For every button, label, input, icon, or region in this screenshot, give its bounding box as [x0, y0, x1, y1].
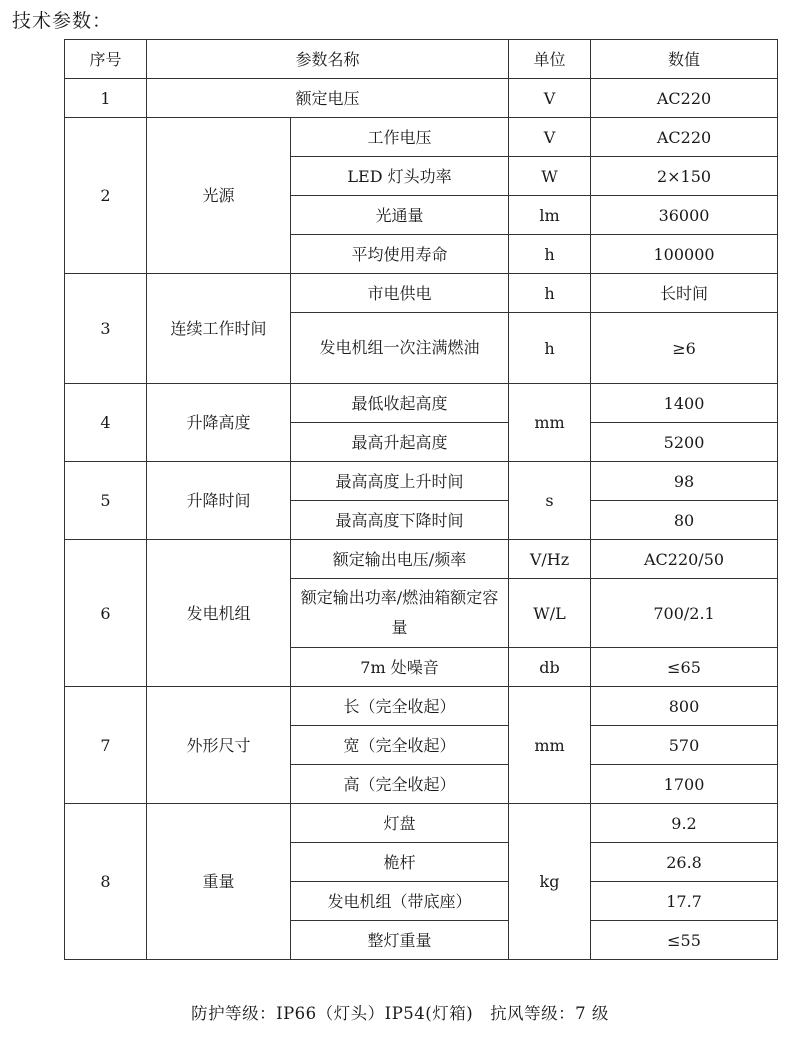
sub-param: LED 灯头功率: [291, 157, 509, 196]
unit-cell: h: [509, 313, 591, 384]
row-no: 8: [65, 804, 147, 960]
unit-cell: W/L: [509, 579, 591, 648]
value-cell: 100000: [591, 235, 778, 274]
row-no: 3: [65, 274, 147, 384]
sub-param: 额定输出电压/频率: [291, 540, 509, 579]
value-cell: ≥6: [591, 313, 778, 384]
value-cell: AC220: [591, 118, 778, 157]
table-row: 8 重量 灯盘 kg 9.2: [65, 804, 778, 843]
table-header-row: 序号 参数名称 单位 数值: [65, 40, 778, 79]
unit-cell: V: [509, 79, 591, 118]
unit-cell: h: [509, 274, 591, 313]
value-cell: ≤65: [591, 648, 778, 687]
table-row: 4 升降高度 最低收起高度 mm 1400: [65, 384, 778, 423]
param-name: 连续工作时间: [147, 274, 291, 384]
sub-param: 宽（完全收起）: [291, 726, 509, 765]
sub-param: 最高升起高度: [291, 423, 509, 462]
row-no: 7: [65, 687, 147, 804]
unit-cell: mm: [509, 687, 591, 804]
sub-param: 灯盘: [291, 804, 509, 843]
unit-cell: s: [509, 462, 591, 540]
sub-param: 光通量: [291, 196, 509, 235]
value-cell: 长时间: [591, 274, 778, 313]
param-name: 升降时间: [147, 462, 291, 540]
unit-cell: lm: [509, 196, 591, 235]
section-title: 技术参数：: [12, 6, 112, 33]
value-cell: 5200: [591, 423, 778, 462]
unit-cell: W: [509, 157, 591, 196]
value-cell: 2×150: [591, 157, 778, 196]
value-cell: AC220: [591, 79, 778, 118]
table-row: 5 升降时间 最高高度上升时间 s 98: [65, 462, 778, 501]
sub-param: 平均使用寿命: [291, 235, 509, 274]
protection-rating-note: 防护等级：IP66（灯头）IP54(灯箱) 抗风等级：7 级: [0, 1000, 800, 1024]
sub-param: 发电机组（带底座）: [291, 882, 509, 921]
sub-param: 最低收起高度: [291, 384, 509, 423]
unit-cell: V: [509, 118, 591, 157]
value-cell: 570: [591, 726, 778, 765]
sub-param: 工作电压: [291, 118, 509, 157]
value-cell: 1700: [591, 765, 778, 804]
value-cell: 9.2: [591, 804, 778, 843]
param-name: 光源: [147, 118, 291, 274]
value-cell: 98: [591, 462, 778, 501]
value-cell: 26.8: [591, 843, 778, 882]
value-cell: AC220/50: [591, 540, 778, 579]
row-no: 1: [65, 79, 147, 118]
spec-table: 序号 参数名称 单位 数值 1 额定电压 V AC220 2 光源 工作电压 V…: [64, 39, 778, 960]
sub-param: 额定输出功率/燃油箱额定容量: [291, 579, 509, 648]
sub-param: 高（完全收起）: [291, 765, 509, 804]
unit-cell: h: [509, 235, 591, 274]
value-cell: 800: [591, 687, 778, 726]
table-row: 3 连续工作时间 市电供电 h 长时间: [65, 274, 778, 313]
row-no: 5: [65, 462, 147, 540]
sub-param: 发电机组一次注满燃油: [291, 313, 509, 384]
table-row: 2 光源 工作电压 V AC220: [65, 118, 778, 157]
value-cell: 1400: [591, 384, 778, 423]
value-cell: ≤55: [591, 921, 778, 960]
unit-cell: db: [509, 648, 591, 687]
row-no: 6: [65, 540, 147, 687]
header-no: 序号: [65, 40, 147, 79]
unit-cell: kg: [509, 804, 591, 960]
param-name: 发电机组: [147, 540, 291, 687]
value-cell: 17.7: [591, 882, 778, 921]
table-row: 1 额定电压 V AC220: [65, 79, 778, 118]
unit-cell: mm: [509, 384, 591, 462]
table-row: 7 外形尺寸 长（完全收起） mm 800: [65, 687, 778, 726]
value-cell: 36000: [591, 196, 778, 235]
header-name: 参数名称: [147, 40, 509, 79]
row-no: 4: [65, 384, 147, 462]
unit-cell: V/Hz: [509, 540, 591, 579]
param-name: 额定电压: [147, 79, 509, 118]
param-name: 升降高度: [147, 384, 291, 462]
table-row: 6 发电机组 额定输出电压/频率 V/Hz AC220/50: [65, 540, 778, 579]
sub-param: 桅杆: [291, 843, 509, 882]
header-value: 数值: [591, 40, 778, 79]
sub-param: 长（完全收起）: [291, 687, 509, 726]
value-cell: 80: [591, 501, 778, 540]
sub-param: 最高高度下降时间: [291, 501, 509, 540]
header-unit: 单位: [509, 40, 591, 79]
sub-param: 最高高度上升时间: [291, 462, 509, 501]
param-name: 外形尺寸: [147, 687, 291, 804]
sub-param: 市电供电: [291, 274, 509, 313]
sub-param: 整灯重量: [291, 921, 509, 960]
sub-param: 7m 处噪音: [291, 648, 509, 687]
row-no: 2: [65, 118, 147, 274]
param-name: 重量: [147, 804, 291, 960]
value-cell: 700/2.1: [591, 579, 778, 648]
